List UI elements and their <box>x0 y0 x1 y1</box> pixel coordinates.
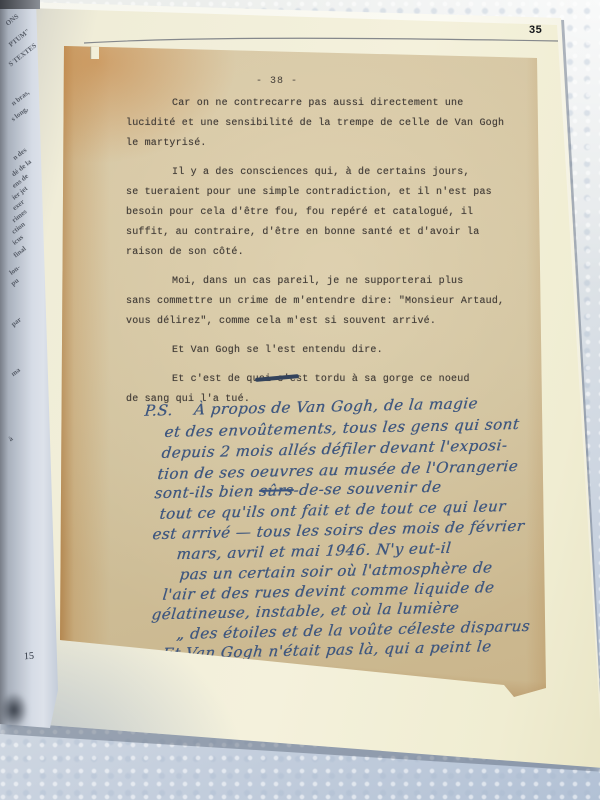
typed-line: sans commettre un crime de m'entendre di… <box>126 296 532 316</box>
spine-top-shadow <box>0 0 40 9</box>
rule-line-svg <box>83 34 559 46</box>
typed-paragraph: Et Van Gogh se l'est entendu dire. <box>126 345 532 365</box>
typed-page-number: - 38 - <box>256 76 298 87</box>
typed-line: suffit, au contraire, d'être en bonne sa… <box>126 227 532 247</box>
book-page-number-bottom: 15 <box>24 651 35 663</box>
typed-line: vous délirez", comme cela m'est si souve… <box>126 316 532 336</box>
left-page-text-fragment: s long, <box>10 105 30 123</box>
typed-paragraph: Car on ne contrecarre pas aussi directem… <box>126 98 532 158</box>
header-rule-line <box>83 33 559 45</box>
typed-line: Moi, dans un cas pareil, je ne supporter… <box>126 276 532 296</box>
typed-line: raison de son côté. <box>126 247 532 267</box>
manuscript-facsimile: - 38 - Car on ne contrecarre pas aussi d… <box>58 42 552 702</box>
typed-line: Et Van Gogh se l'est entendu dire. <box>126 345 532 365</box>
typed-paragraph: Moi, dans un cas pareil, je ne supporter… <box>126 276 532 336</box>
left-page-text-fragment: final <box>12 245 28 260</box>
left-page-text-fragment: n bras, <box>10 88 31 107</box>
typed-line: le martyrisé. <box>126 138 532 158</box>
left-page-text-fragment: par <box>10 316 23 329</box>
left-page-text-fragment: à <box>7 435 15 443</box>
typed-line: se tueraient pour une simple contradicti… <box>126 187 532 207</box>
left-page-text-fragment: pu <box>9 276 20 287</box>
hw-strike-after: -de-se souvenir de <box>293 478 443 499</box>
typed-line: lucidité et une sensibilité de la trempe… <box>126 118 532 138</box>
left-page-text-fragment: ma <box>10 366 22 378</box>
book-photo-scene: 35 ONSPTUM"S TEXTESn bras,s long,n desdé… <box>0 0 600 800</box>
typed-line: Et c'est de quoi s'est tordu à sa gorge … <box>126 374 532 394</box>
left-page-text-fragment: ONS <box>4 12 20 27</box>
typed-line: Il y a des consciences qui, à de certain… <box>126 167 532 187</box>
typed-text-block: Car on ne contrecarre pas aussi directem… <box>126 98 532 423</box>
hw-struck-word: sûrs <box>258 481 294 500</box>
typed-paragraph: Il y a des consciences qui, à de certain… <box>126 167 532 267</box>
book-page-number-top: 35 <box>529 24 542 36</box>
typed-line: Car on ne contrecarre pas aussi directem… <box>126 98 532 118</box>
hw-strike-before: sont-ils bien <box>154 482 260 502</box>
left-page-text-fragment: lon- <box>8 263 22 276</box>
typed-line: besoin pour cela d'être fou, fou repéré … <box>126 207 532 227</box>
bottom-left-shadow <box>0 692 28 728</box>
